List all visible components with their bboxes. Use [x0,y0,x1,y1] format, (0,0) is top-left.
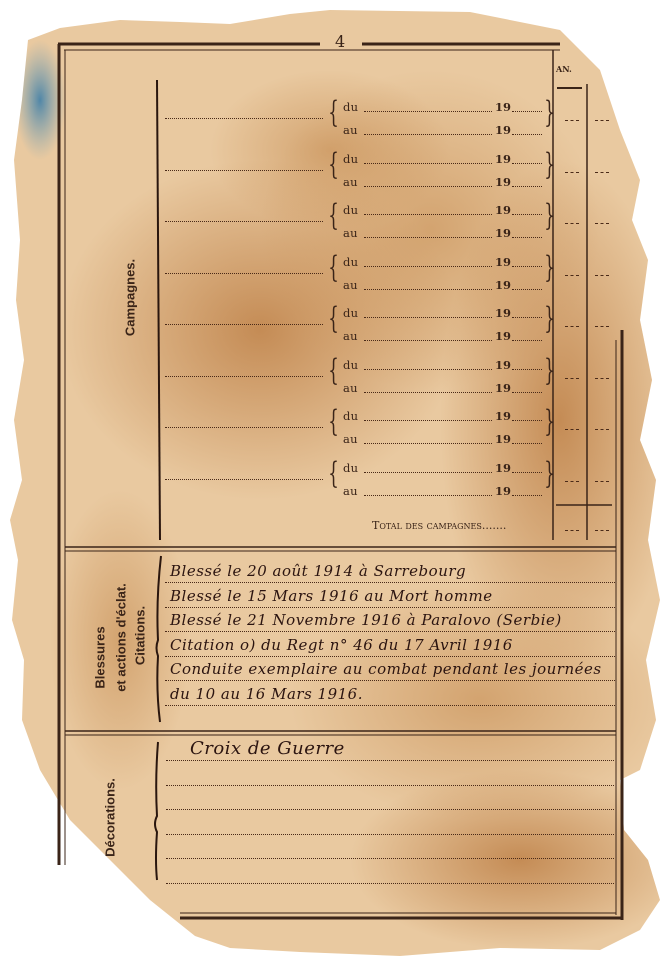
handwritten-entry: Citation o) du Regt n° 46 du 17 Avril 19… [170,636,513,654]
du-year: 19 [495,306,511,320]
handwritten-entry: Blessé le 15 Mars 1916 au Mort homme [170,587,493,605]
au-year-line [512,134,542,135]
left-brace: { [328,253,339,283]
left-brace: { [328,304,339,334]
du-date-line [364,420,492,421]
total-campagnes-label: Total des campagnes....... [372,519,506,532]
campaign-name-line [165,221,323,222]
total-tick [595,530,609,531]
months-tick [595,378,609,379]
du-label: du [343,100,358,114]
months-tick [595,172,609,173]
au-year-line [512,186,542,187]
left-brace: { [328,201,339,231]
decoration-dotted-line [166,858,614,859]
au-year: 19 [495,278,511,292]
campaign-name-line [165,170,323,171]
au-year: 19 [495,175,511,189]
years-tick [565,172,579,173]
du-date-line [364,111,492,112]
left-brace: { [328,356,339,386]
handwritten-entry: Blessé le 21 Novembre 1916 à Paralovo (S… [170,611,562,629]
months-tick [595,481,609,482]
au-date-line [364,392,492,393]
du-date-line [364,369,492,370]
du-year-line [512,472,542,473]
au-year: 19 [495,329,511,343]
au-date-line [364,134,492,135]
months-tick [595,275,609,276]
au-year-line [512,443,542,444]
right-brace: } [544,150,555,180]
au-year: 19 [495,123,511,137]
au-label: au [343,123,358,137]
total-dots: ....... [482,519,506,532]
au-date-line [364,237,492,238]
campaign-name-line [165,427,323,428]
au-year-line [512,237,542,238]
au-year: 19 [495,381,511,395]
document-page: 4 AN. Campagnes. { du 19 au 19 } { du 19… [0,0,666,962]
du-date-line [364,472,492,473]
du-year-line [512,214,542,215]
months-tick [595,326,609,327]
months-tick [595,223,609,224]
entry-line [165,680,615,681]
du-year: 19 [495,461,511,475]
au-year: 19 [495,432,511,446]
entry-line [165,582,615,583]
du-label: du [343,255,358,269]
au-year-line [512,392,542,393]
years-tick [565,378,579,379]
du-year: 19 [495,152,511,166]
total-tick [565,530,579,531]
right-brace: } [544,201,555,231]
right-brace: } [544,304,555,334]
du-date-line [364,214,492,215]
au-label: au [343,175,358,189]
au-date-line [364,340,492,341]
decoration-dotted-line [166,785,614,786]
campaign-name-line [165,118,323,119]
years-tick [565,326,579,327]
handwritten-entry: Conduite exemplaire au combat pendant le… [170,660,602,678]
campagnes-label: Campagnes. [123,223,138,373]
entry-line [165,656,615,657]
du-year-line [512,111,542,112]
right-brace: } [544,407,555,437]
left-brace: { [328,98,339,128]
handwritten-entry: Blessé le 20 août 1914 à Sarrebourg [170,562,466,580]
au-label: au [343,484,358,498]
au-date-line [364,186,492,187]
du-label: du [343,358,358,372]
du-date-line [364,317,492,318]
entry-line [165,705,615,706]
years-tick [565,429,579,430]
du-year-line [512,420,542,421]
years-tick [565,275,579,276]
au-label: au [343,226,358,240]
decoration-dotted-line [166,883,614,884]
du-year-line [512,163,542,164]
years-tick [565,481,579,482]
au-label: au [343,329,358,343]
du-year-line [512,369,542,370]
handwritten-decoration: Croix de Guerre [190,738,345,759]
right-brace: } [544,459,555,489]
du-year: 19 [495,358,511,372]
campaign-name-line [165,324,323,325]
entry-line [165,631,615,632]
au-year: 19 [495,226,511,240]
du-label: du [343,409,358,423]
right-brace: } [544,98,555,128]
citations-label: Citations. [133,566,148,706]
du-year: 19 [495,100,511,114]
du-label: du [343,461,358,475]
months-tick [595,429,609,430]
au-date-line [364,289,492,290]
campaign-name-line [165,376,323,377]
du-label: du [343,306,358,320]
months-tick [595,120,609,121]
du-year: 19 [495,203,511,217]
campaign-name-line [165,479,323,480]
au-label: au [343,381,358,395]
du-year-line [512,266,542,267]
au-label: au [343,278,358,292]
actions-eclat-label: et actions d'éclat. [114,568,129,708]
entry-line [165,607,615,608]
au-year-line [512,340,542,341]
au-year-line [512,495,542,496]
du-date-line [364,163,492,164]
annees-column-header: AN. [556,64,572,74]
au-date-line [364,495,492,496]
right-brace: } [544,356,555,386]
years-tick [565,120,579,121]
decorations-label: Décorations. [103,748,118,888]
decoration-dotted-line [166,834,614,835]
du-label: du [343,203,358,217]
du-year-line [512,317,542,318]
du-label: du [343,152,358,166]
decoration-dotted-line [166,760,614,761]
left-brace: { [328,459,339,489]
right-brace: } [544,253,555,283]
total-label-text: Total des campagnes [372,519,482,532]
du-year: 19 [495,255,511,269]
campaign-name-line [165,273,323,274]
blessures-label: Blessures [93,588,108,728]
page-number: 4 [335,32,345,51]
handwritten-entry: du 10 au 16 Mars 1916. [170,685,363,703]
years-tick [565,223,579,224]
du-date-line [364,266,492,267]
au-label: au [343,432,358,446]
au-date-line [364,443,492,444]
decoration-dotted-line [166,809,614,810]
au-year-line [512,289,542,290]
left-brace: { [328,150,339,180]
au-year: 19 [495,484,511,498]
du-year: 19 [495,409,511,423]
left-brace: { [328,407,339,437]
